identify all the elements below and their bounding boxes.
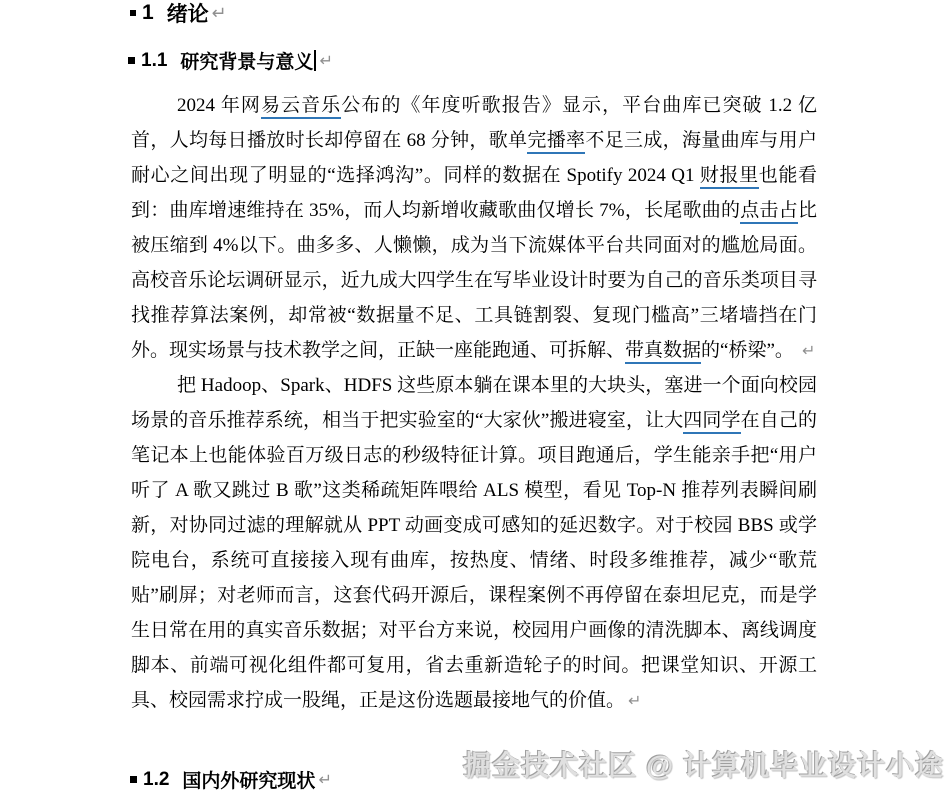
paragraph-mark-icon: ↵ [319,51,333,70]
text-run: 的“桥梁”。 [701,340,794,361]
paragraph-mark-icon: ↵ [318,770,332,789]
heading-1-1-number: 1.1 [141,50,167,72]
paragraph-2[interactable]: 把 Hadoop、Spark、HDFS 这些原本躺在课本里的大块头，塞进一个面向… [131,368,817,718]
body-text-area[interactable]: 2024 年网易云音乐公布的《年度听歌报告》显示，平台曲库已突破 1.2 亿首，… [131,88,817,718]
watermark-text: 掘金技术社区 @ 计算机毕业设计小途 [463,744,944,784]
underlined-phrase: 完播率 [527,130,585,154]
heading-1-1[interactable]: 1.1 研究背景与意义 ↵ [128,48,333,73]
paragraph-mark-icon: ↵ [797,341,816,360]
outline-square-icon [130,10,136,16]
heading-1-title: 绪论 [167,0,209,28]
paragraph-1[interactable]: 2024 年网易云音乐公布的《年度听歌报告》显示，平台曲库已突破 1.2 亿首，… [131,88,817,368]
paragraph-mark-icon: ↵ [628,691,641,710]
heading-1[interactable]: 1 绪论 ↵ [130,0,227,26]
text-run: 在自己的笔记本上也能体验百万级日志的秒级特征计算。项目跑通后，学生能亲手把“用户… [131,410,817,711]
underlined-phrase: 财报里 [700,165,759,189]
underlined-phrase: 四同学 [683,410,740,434]
heading-1-1-title: 研究背景与意义 [180,47,313,74]
text-cursor [314,50,316,71]
underlined-phrase: 易云音乐 [261,95,341,119]
text-run: 2024 年网 [177,95,261,116]
underlined-phrase: 点击占 [740,200,798,224]
outline-square-icon [128,57,135,64]
heading-1-2-number: 1.2 [143,769,169,791]
text-run: 比被压缩到 4%以下。曲多多、人懒懒，成为当下流媒体平台共同面对的尴尬局面。高校… [131,200,817,361]
heading-1-number: 1 [142,1,154,25]
outline-square-icon [130,776,137,783]
heading-1-2[interactable]: 1.2 国内外研究现状 ↵ [130,767,332,792]
paragraph-mark-icon: ↵ [212,3,227,24]
underlined-phrase: 带真数据 [625,340,701,364]
heading-1-2-title: 国内外研究现状 [182,766,315,793]
document-page: 1 绪论 ↵ 1.1 研究背景与意义 ↵ 2024 年网易云音乐公布的《年度听歌… [0,0,947,794]
